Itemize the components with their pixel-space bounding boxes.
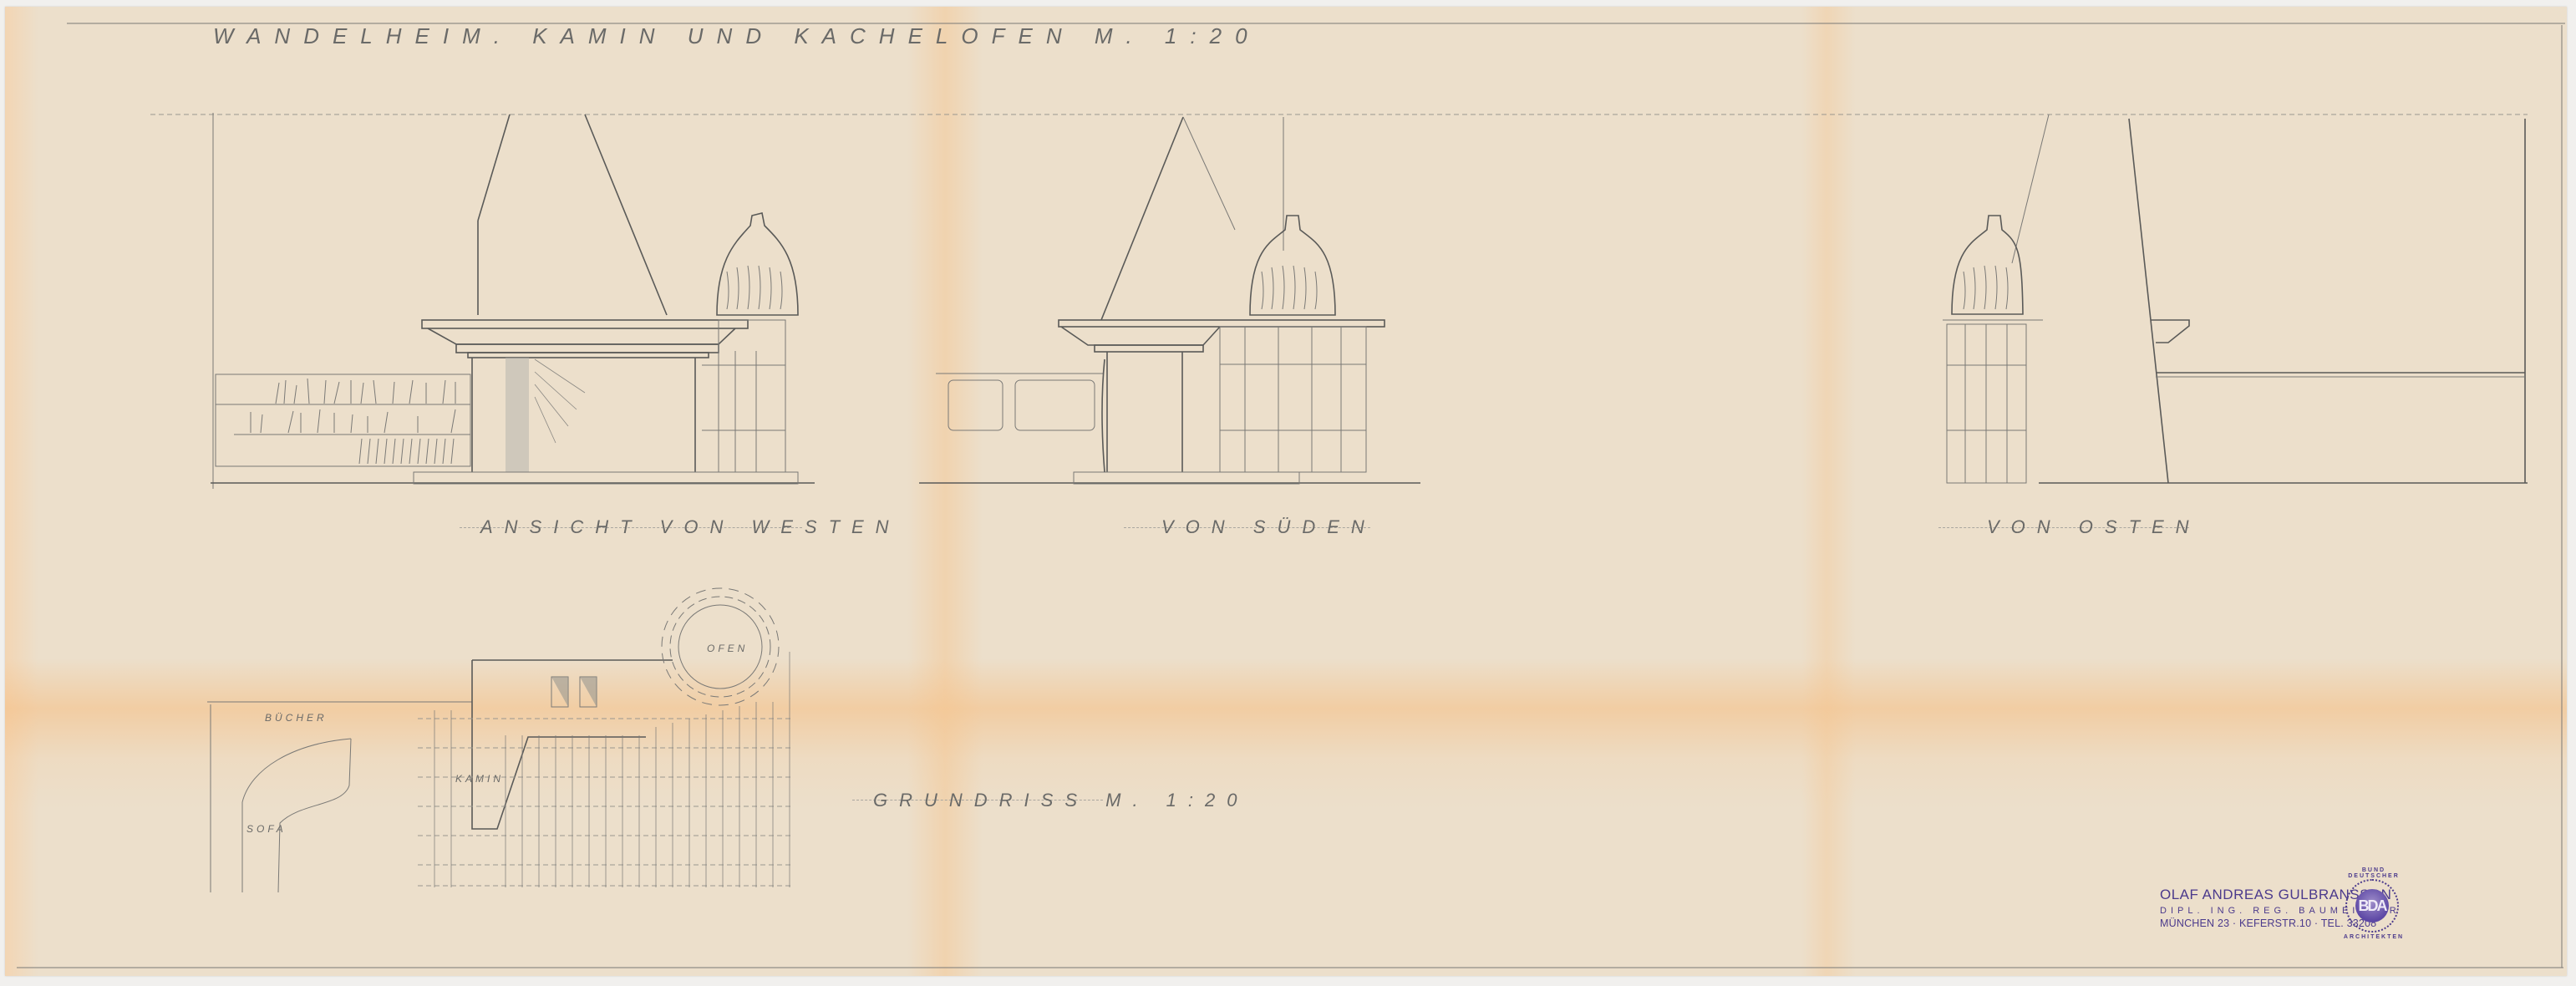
plan-label-stove: OFEN: [707, 643, 748, 654]
seal-ring-top: BUND DEUTSCHER: [2342, 867, 2406, 879]
architectural-drawing: [0, 0, 2576, 986]
elevation-label-east: VON OSTEN: [1987, 516, 2201, 538]
drawing-title: WANDELHEIM. KAMIN UND KACHELOFEN M. 1:20: [213, 23, 1261, 49]
seal-monogram: BDA: [2355, 889, 2389, 922]
elevation-label-south: VON SÜDEN: [1161, 516, 1376, 538]
west-elevation: [211, 113, 815, 489]
bda-seal-icon: BUND DEUTSCHER BDA ARCHITEKTEN: [2345, 879, 2399, 933]
floor-plan: [207, 588, 794, 892]
plan-label: GRUNDRISS M. 1:20: [873, 790, 1249, 811]
plan-label-fireplace: KAMIN: [455, 773, 504, 785]
plan-label-sofa: SOFA: [246, 823, 287, 835]
plan-label-books: BÜCHER: [265, 712, 328, 724]
seal-ring-bottom: ARCHITEKTEN: [2342, 934, 2406, 940]
south-elevation: [919, 117, 1420, 484]
east-elevation: [1943, 114, 2528, 483]
elevation-label-west: ANSICHT VON WESTEN: [480, 516, 901, 538]
